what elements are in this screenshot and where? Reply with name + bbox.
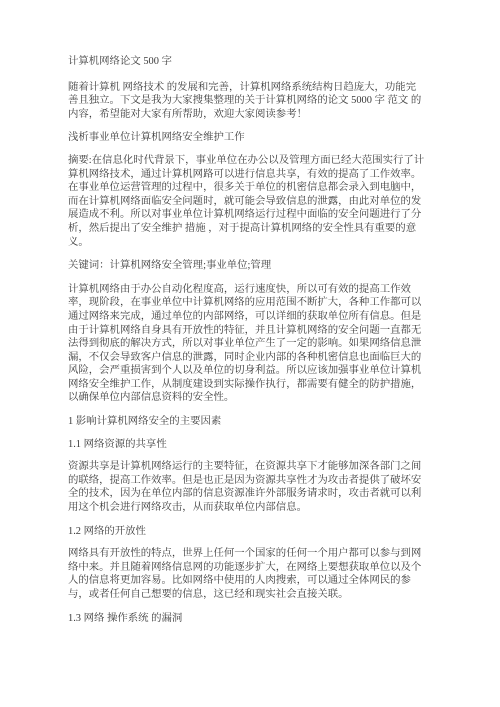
body-paragraph-1: 计算机网络由于办公自动化程度高，运行速度快，所以可有效的提高工作效率，现阶段，在… [68,283,436,405]
section-1-1-heading: 1.1 网络资源的共享性 [68,438,436,452]
section-1-1-paragraph-line-2: 的联络，提高工作效率。但是也正是因为资源共享性才为攻击者提供了破坏安 [68,474,436,488]
document-page: 计算机网络论文 500 字随着计算机 网络技术 的发展和完善，计算机网络系统结构… [0,0,500,707]
section-1-2-paragraph-line-4: 与，或者任何自己想要的信息，这已经和现实社会直接关联。 [68,588,436,602]
section-1-2-paragraph-line-2: 络中来。并且随着网络信息网的功能逐步扩大，在网络上要想获取单位以及个 [68,561,436,575]
section-1-2-heading: 1.2 网络的开放性 [68,525,436,539]
body-paragraph-1-line-4: 由于计算机网络自身具有开放性的特征，并且计算机网络的安全问题一直都无 [68,324,436,338]
section-1-1-paragraph: 资源共享是计算机网络运行的主要特征，在资源共享下才能够加深各部门之间的联络，提高… [68,460,436,514]
intro-paragraph-line-3: 内容，希望能对大家有所帮助，欢迎大家阅读参考！ [68,108,436,122]
body-paragraph-1-line-7: 风险，会严重损害到个人以及单位的切身利益。所以应该加强事业单位计算机 [68,364,436,378]
body-paragraph-1-line-3: 通过网络来完成，通过单位的内部网络，可以详细的获取单位所有信息。但是 [68,310,436,324]
section-1-1-paragraph-line-4: 用这个机会进行网络攻击，从而获取单位内部信息。 [68,501,436,515]
section-1-1-paragraph-line-1: 资源共享是计算机网络运行的主要特征，在资源共享下才能够加深各部门之间 [68,460,436,474]
keywords-line: 关键词：计算机网络安全管理;事业单位;管理 [68,259,436,273]
abstract-paragraph-line-4: 而在计算机网络面临安全问题时，就可能会导致信息的泄露，由此对单位的发 [68,195,436,209]
section-1-2-paragraph-line-1: 网络具有开放性的特点，世界上任何一个国家的任何一个用户都可以参与到网 [68,547,436,561]
abstract-paragraph-line-5: 展造成不利。所以对事业单位计算机网络运行过程中面临的安全问题进行了分 [68,208,436,222]
body-paragraph-1-line-5: 法得到彻底的解决方式，所以对事业单位产生了一定的影响。如果网络信息泄 [68,337,436,351]
abstract-paragraph: 摘要:在信息化时代背景下，事业单位在办公以及管理方面已经大范围实行了计算机网络技… [68,154,436,249]
document-content: 计算机网络论文 500 字随着计算机 网络技术 的发展和完善，计算机网络系统结构… [68,55,436,634]
body-paragraph-1-line-6: 漏，不仅会导致客户信息的泄露，同时企业内部的各种机密信息也面临巨大的 [68,351,436,365]
section-1-2-paragraph: 网络具有开放性的特点，世界上任何一个国家的任何一个用户都可以参与到网络中来。并且… [68,547,436,601]
body-paragraph-1-line-1: 计算机网络由于办公自动化程度高，运行速度快，所以可有效的提高工作效 [68,283,436,297]
section-1-3-heading: 1.3 网络 操作系统 的漏洞 [68,612,436,626]
abstract-paragraph-line-3: 在事业单位运营管理的过程中，很多关于单位的机密信息都会录入到电脑中， [68,181,436,195]
section-1-1-paragraph-line-3: 全的技术，因为在单位内部的信息资源准许外部服务请求时，攻击者就可以利 [68,487,436,501]
intro-paragraph-line-1: 随着计算机 网络技术 的发展和完善，计算机网络系统结构日趋庞大，功能完 [68,81,436,95]
body-paragraph-1-line-8: 网络安全维护工作，从制度建设到实际操作执行，都需要有健全的防护措施， [68,378,436,392]
section-1-2-paragraph-line-3: 人的信息将更加容易。比如网络中使用的人肉搜索，可以通过全体网民的参 [68,574,436,588]
abstract-paragraph-line-7: 义。 [68,236,436,250]
abstract-paragraph-line-2: 算机网络技术，通过计算机网路可以进行信息共享，有效的提高了工作效率。 [68,168,436,182]
doc-title: 计算机网络论文 500 字 [68,55,436,69]
body-paragraph-1-line-2: 率，现阶段，在事业单位中计算机网络的应用范围不断扩大，各种工作都可以 [68,296,436,310]
section-1-heading: 1 影响计算机网络安全的主要因素 [68,415,436,429]
body-paragraph-1-line-9: 以确保单位内部信息资料的安全性。 [68,391,436,405]
abstract-paragraph-line-6: 析，然后提出了安全维护 措施 ，对于提高计算机网络的安全性具有重要的意 [68,222,436,236]
abstract-paragraph-line-1: 摘要:在信息化时代背景下，事业单位在办公以及管理方面已经大范围实行了计 [68,154,436,168]
intro-paragraph: 随着计算机 网络技术 的发展和完善，计算机网络系统结构日趋庞大，功能完善且独立。… [68,81,436,122]
intro-paragraph-line-2: 善且独立。下文是我为大家搜集整理的关于计算机网络的论文 5000 字 范文 的 [68,94,436,108]
article-title: 浅析事业单位计算机网络安全维护工作 [68,131,436,145]
